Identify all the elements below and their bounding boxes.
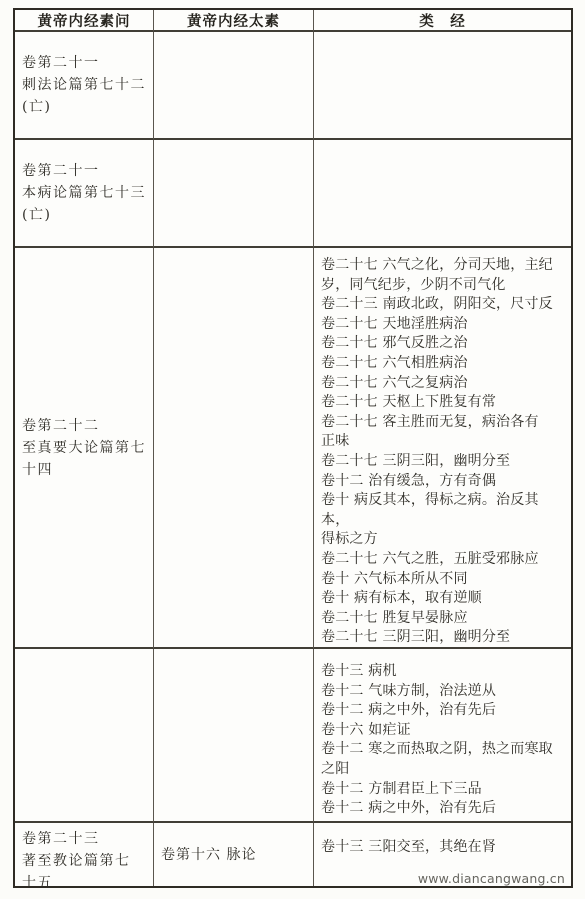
cell-taisu-row5: 卷第十六 脉论 [154, 823, 314, 886]
cell-suwen-row5: 卷第二十三 著至教论篇第七 十五 [15, 823, 154, 886]
cell-suwen-row1: 卷第二十一 刺法论篇第七十二 (亡) [15, 32, 154, 140]
cell-leijing-row1 [314, 32, 571, 140]
cell-leijing-row3: 卷二十七 六气之化，分司天地，主纪 岁，同气纪步，少阴不司气化卷二十三 南政北政… [314, 248, 571, 649]
leijing-entry: 卷二十七 六气之胜，五脏受邪脉应 [321, 550, 567, 570]
leijing-entry: 卷二十七 六气相胜病治 [321, 354, 567, 374]
leijing-entry: 卷十二 病之中外，治有先后 [321, 701, 567, 721]
cell-taisu-row1 [154, 32, 314, 140]
leijing-entry: 卷十二 治有缓急，方有奇偶 [321, 472, 567, 492]
leijing-entry: 卷十三 病机 [321, 662, 567, 682]
leijing-entry: 卷十二 寒之而热取之阴，热之而寒取 之阳 [321, 740, 567, 779]
leijing-entry: 卷十三 三阳交至，其绝在肾 [321, 838, 567, 858]
leijing-entry: 卷二十七 客主胜而无复，病治各有 正味 [321, 413, 567, 452]
cell-leijing-row4: 卷十三 病机卷十二 气味方制，治法逆从卷十二 病之中外，治有先后卷十六 如疟证卷… [314, 649, 571, 823]
leijing-entry: 卷十 病反其本，得标之病。治反其本， 得标之方 [321, 491, 567, 550]
cell-taisu-row2 [154, 140, 314, 248]
site-watermark: www.diancangwang.cn [418, 871, 565, 886]
cell-suwen-row4 [15, 649, 154, 823]
leijing-entry: 卷十 六气标本所从不同 [321, 570, 567, 590]
cell-suwen-row3: 卷第二十二 至真要大论篇第七 十四 [15, 248, 154, 649]
comparison-table: 黄帝内经素问 黄帝内经太素 类 经 卷第二十一 刺法论篇第七十二 (亡) 卷第二… [13, 8, 573, 888]
leijing-entry: 卷十六 如疟证 [321, 721, 567, 741]
leijing-entry: 卷十二 气味方制，治法逆从 [321, 682, 567, 702]
header-suwen: 黄帝内经素问 [15, 10, 154, 32]
leijing-entry: 卷十二 方制君臣上下三品 [321, 780, 567, 800]
cell-taisu-row3 [154, 248, 314, 649]
cell-suwen-row2: 卷第二十一 本病论篇第七十三 (亡) [15, 140, 154, 248]
cell-leijing-row2 [314, 140, 571, 248]
leijing-entry: 卷十二 病之中外，治有先后 [321, 799, 567, 819]
leijing-entry: 卷二十七 天枢上下胜复有常 [321, 393, 567, 413]
leijing-entry: 卷二十七 天地淫胜病治 [321, 315, 567, 335]
leijing-entry: 卷二十七 六气之化，分司天地，主纪 岁，同气纪步，少阴不司气化 [321, 256, 567, 295]
leijing-entry: 卷二十七 三阴三阳，幽明分至 [321, 628, 567, 648]
scanned-document-page: 黄帝内经素问 黄帝内经太素 类 经 卷第二十一 刺法论篇第七十二 (亡) 卷第二… [0, 0, 585, 899]
leijing-entry: 卷十 病有标本，取有逆顺 [321, 589, 567, 609]
leijing-entry: 卷二十七 三阴三阳，幽明分至 [321, 452, 567, 472]
header-leijing: 类 经 [314, 10, 571, 32]
leijing-entry: 卷二十三 南政北政，阴阳交，尺寸反 [321, 295, 567, 315]
leijing-entry: 卷二十七 邪气反胜之治 [321, 334, 567, 354]
leijing-entry: 卷二十七 胜复早晏脉应 [321, 609, 567, 629]
header-taisu: 黄帝内经太素 [154, 10, 314, 32]
leijing-entry: 卷二十七 六气之复病治 [321, 374, 567, 394]
cell-taisu-row4 [154, 649, 314, 823]
